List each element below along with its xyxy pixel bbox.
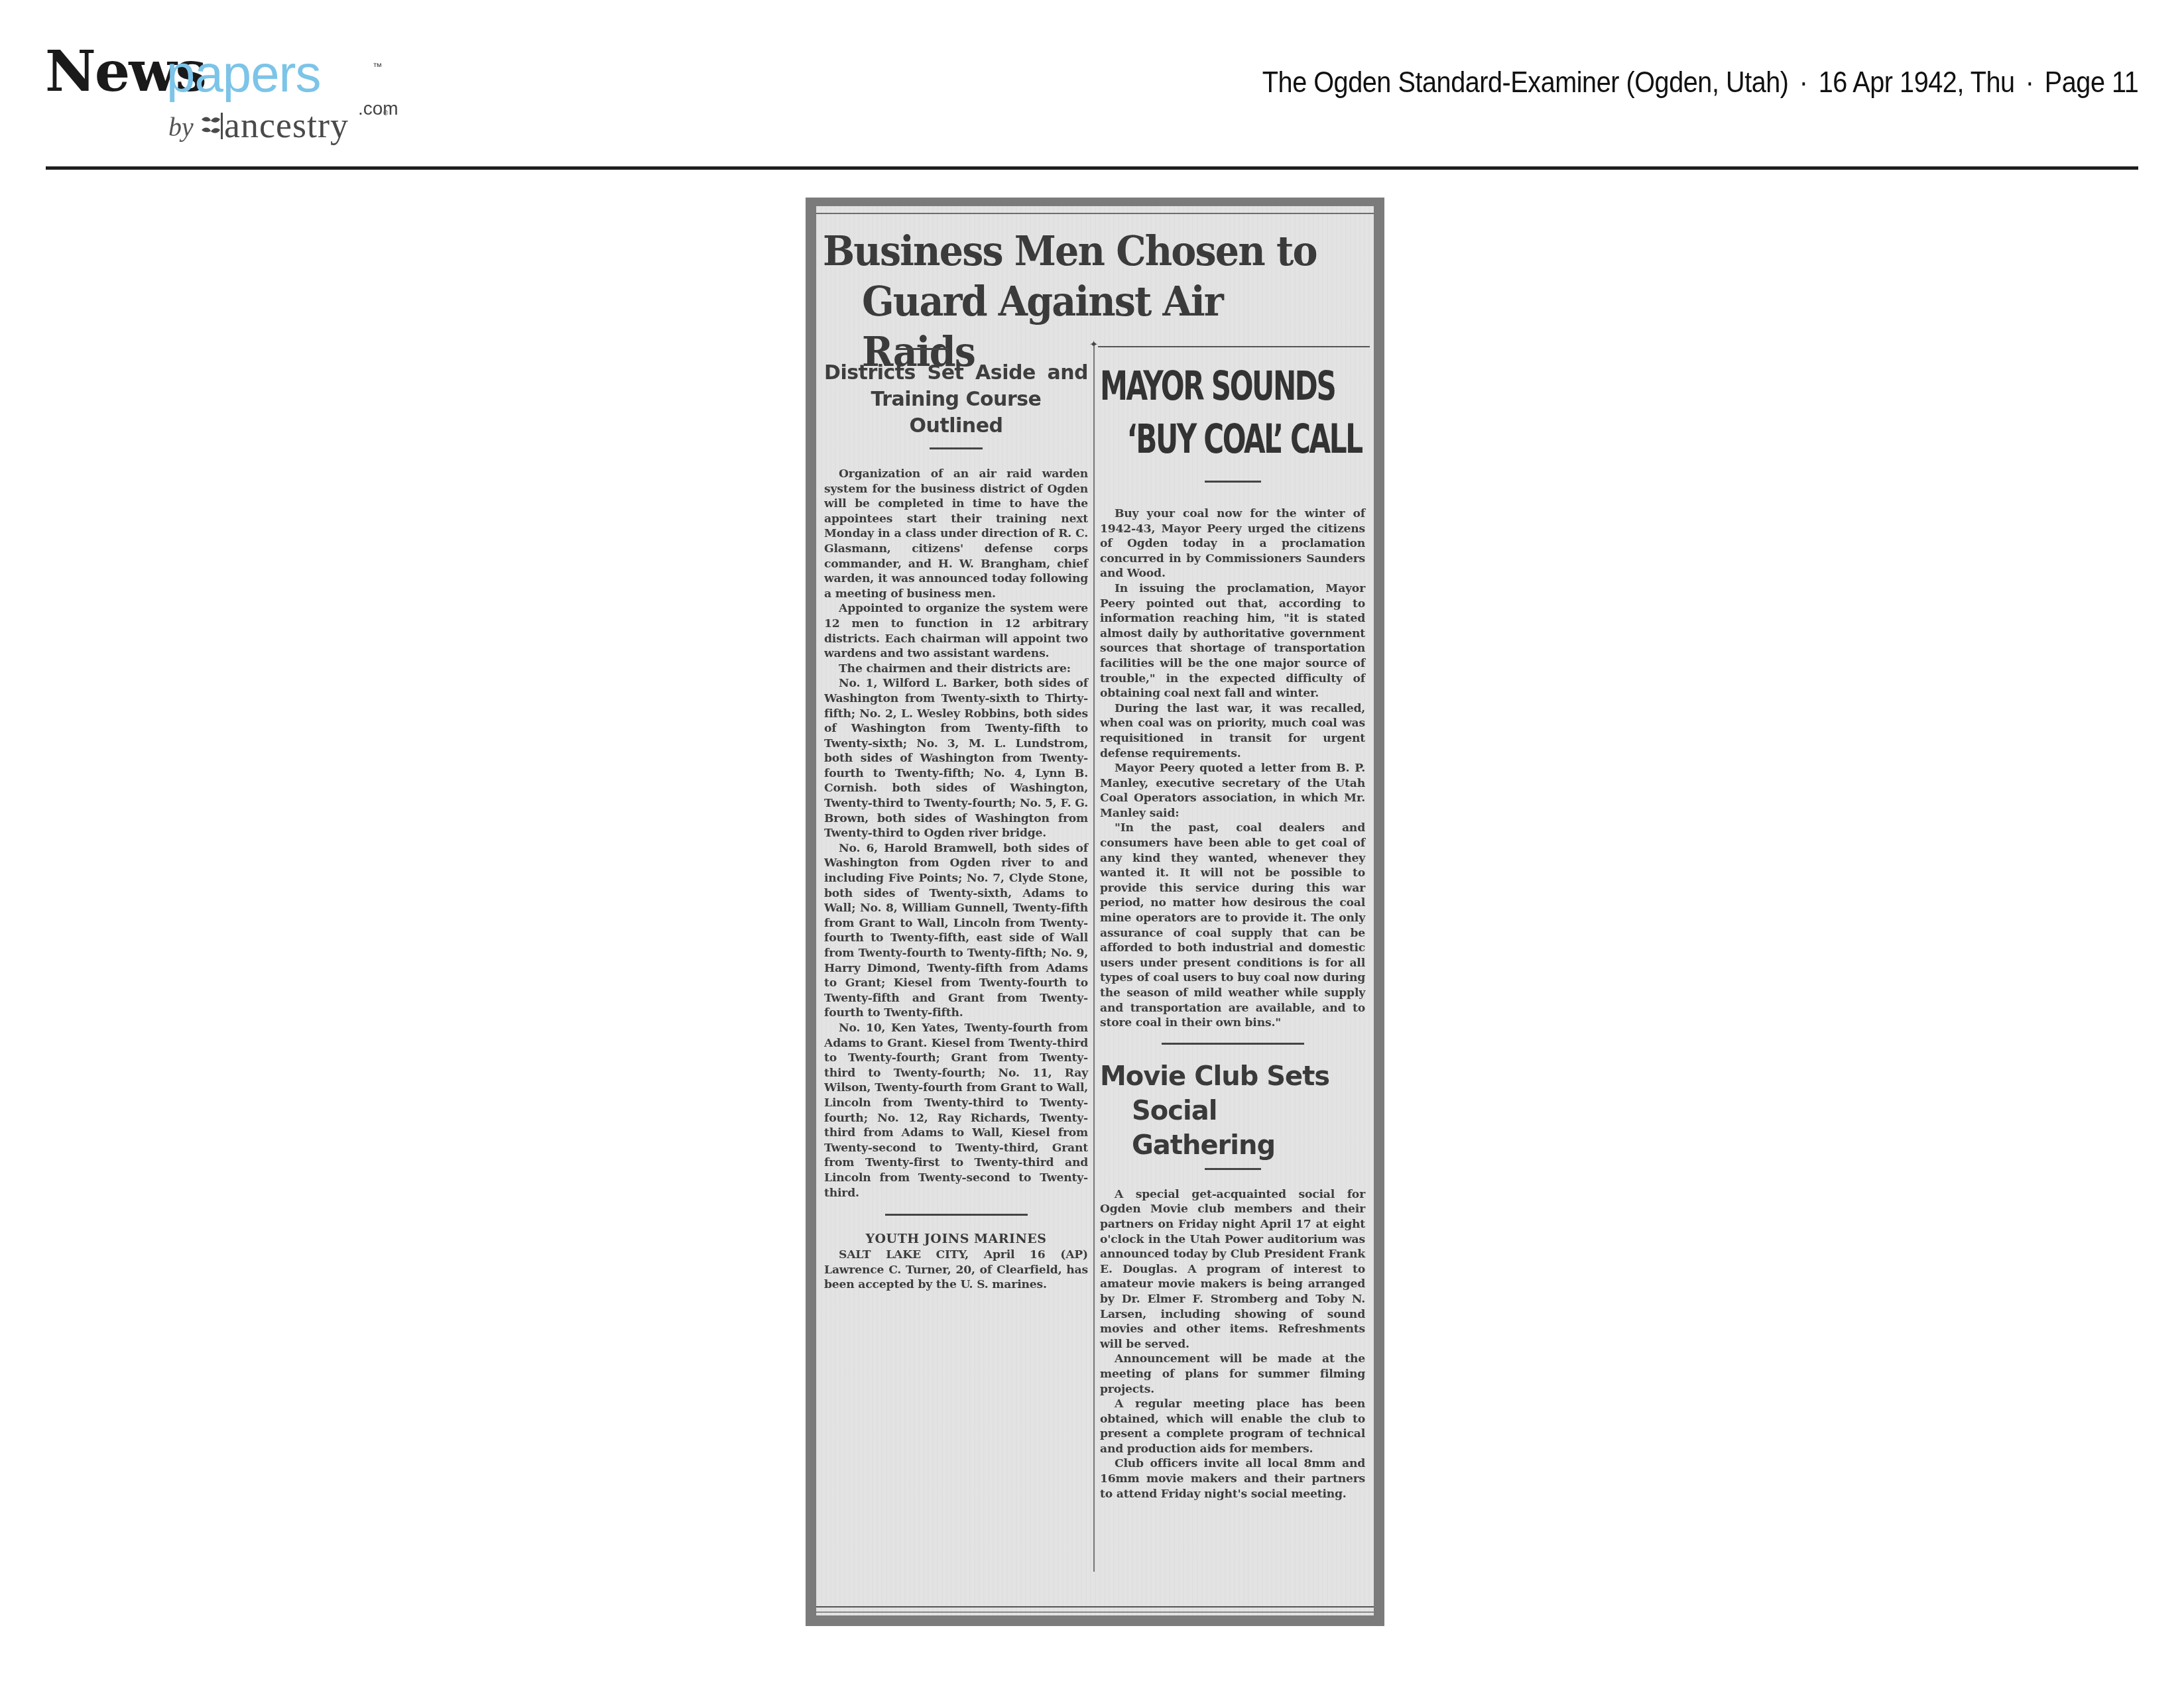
paragraph: Mayor Peery quoted a letter from B. P. M…: [1100, 761, 1365, 821]
clipping-bottom-rule-2: [816, 1611, 1374, 1613]
citation-separator: ·: [1799, 66, 1808, 99]
logo-domain: .com: [358, 98, 398, 119]
paragraph: A special get-acquainted social for Ogde…: [1100, 1187, 1365, 1352]
logo-trademark: ™: [373, 61, 382, 72]
mayor-article: MAYOR SOUNDS ‘BUY COAL’ CALL Buy your co…: [1100, 360, 1365, 1501]
main-headline: Business Men Chosen to Guard Against Air…: [823, 226, 1323, 377]
logo-registered: ®: [383, 110, 388, 117]
youth-headline: YOUTH JOINS MARINES: [824, 1232, 1088, 1246]
logo-by-text: by: [168, 111, 194, 143]
newspaper-clipping: Business Men Chosen to Guard Against Air…: [806, 198, 1384, 1626]
youth-text: Lawrence C. Turner, 20, of Clearfield, h…: [824, 1263, 1088, 1292]
paragraph: Club officers invite all local 8mm and 1…: [1100, 1456, 1365, 1501]
youth-rule: [885, 1214, 1028, 1216]
mayor-headline: MAYOR SOUNDS ‘BUY COAL’ CALL: [1100, 360, 1369, 466]
deck-rule: [896, 348, 949, 350]
paragraph: No. 10, Ken Yates, Twenty-fourth from Ad…: [824, 1021, 1088, 1200]
movie-body: A special get-acquainted social for Ogde…: [1100, 1187, 1365, 1501]
paragraph: No. 1, Wilford L. Barker, both sides of …: [824, 676, 1088, 841]
deck-line2: Training Course: [824, 386, 1088, 413]
page-number: Page 11: [2045, 66, 2138, 99]
page-citation: The Ogden Standard-Examiner (Ogden, Utah…: [1262, 66, 2138, 99]
paragraph: In issuing the proclamation, Mayor Peery…: [1100, 581, 1365, 701]
column-divider: [1093, 345, 1095, 1572]
movie-rule: [1162, 1043, 1304, 1045]
publication-name: The Ogden Standard-Examiner (Ogden, Utah…: [1262, 66, 1789, 99]
header-divider: [46, 166, 2138, 170]
mayor-headline-line2: ‘BUY COAL’ CALL: [1100, 413, 1369, 466]
paragraph: A regular meeting place has been obtaine…: [1100, 1397, 1365, 1456]
newspapers-logo[interactable]: News papers ™ .com by ancestry ®: [45, 44, 390, 143]
air-raid-article: Districts Set Aside and Training Course …: [824, 360, 1088, 1293]
air-raid-body: Organization of an air raid warden syste…: [824, 467, 1088, 1200]
movie-headline-line1: Movie Club Sets: [1100, 1061, 1329, 1092]
paragraph: Appointed to organize the system were 12…: [824, 601, 1088, 661]
clipping-paper: Business Men Chosen to Guard Against Air…: [816, 206, 1374, 1615]
youth-article: YOUTH JOINS MARINES SALT LAKE CITY, Apri…: [824, 1232, 1088, 1293]
air-raid-deck: Districts Set Aside and Training Course …: [824, 360, 1088, 439]
paragraph: Organization of an air raid warden syste…: [824, 467, 1088, 601]
movie-headline: Movie Club Sets Social Gathering: [1100, 1059, 1365, 1163]
paragraph: Announcement will be made at the meeting…: [1100, 1352, 1365, 1397]
citation-separator: ·: [2026, 66, 2034, 99]
clipping-bottom-rule: [816, 1606, 1374, 1607]
logo-ancestry-text: ancestry: [224, 107, 349, 143]
paragraph: No. 6, Harold Bramwell, both sides of Wa…: [824, 841, 1088, 1021]
clipping-top-rule: [816, 213, 1374, 214]
youth-dateline: SALT LAKE CITY, April 16 (AP): [839, 1248, 1088, 1261]
mayor-headline-line1: MAYOR SOUNDS: [1100, 363, 1335, 410]
mayor-head-rule: [1098, 346, 1370, 347]
paragraph: "In the past, coal dealers and consumers…: [1100, 821, 1365, 1030]
paragraph: Buy your coal now for the winter of 1942…: [1100, 506, 1365, 581]
movie-head-bottom-rule: [1205, 1168, 1261, 1170]
deck-line3: Outlined: [824, 413, 1088, 439]
youth-body: SALT LAKE CITY, April 16 (AP) Lawrence C…: [824, 1248, 1088, 1293]
movie-headline-line2: Social Gathering: [1100, 1094, 1365, 1163]
logo-papers-text: papers: [166, 48, 321, 99]
mayor-body: Buy your coal now for the winter of 1942…: [1100, 506, 1365, 1031]
publication-date: 16 Apr 1942, Thu: [1818, 66, 2014, 99]
paragraph: The chairmen and their districts are:: [824, 662, 1088, 677]
ancestry-leaf-icon: [199, 110, 224, 141]
deck-line1: Districts Set Aside and: [824, 360, 1088, 386]
deck-bottom-rule: [930, 447, 983, 449]
main-headline-line1: Business Men Chosen to: [823, 227, 1317, 275]
paragraph: During the last war, it was recalled, wh…: [1100, 701, 1365, 761]
mayor-head-bottom-rule: [1205, 481, 1261, 483]
